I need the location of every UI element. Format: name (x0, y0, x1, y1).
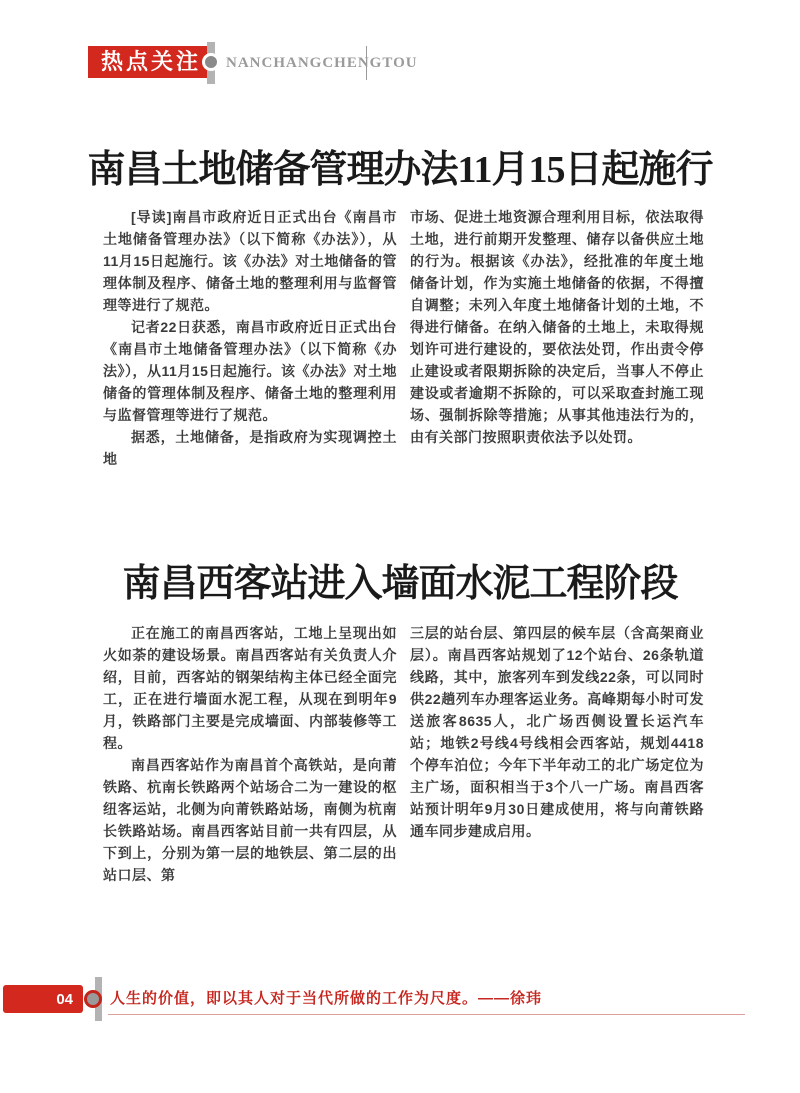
paragraph: 三层的站台层、第四层的候车层（含高架商业层）。南昌西客站规划了12个站台、26条… (410, 622, 704, 842)
paragraph: 市场、促进土地资源合理利用目标，依法取得土地，进行前期开发整理、储存以备供应土地… (410, 206, 704, 448)
paragraph: 据悉，土地储备，是指政府为实现调控土地 (103, 426, 397, 470)
paragraph: 记者22日获悉，南昌市政府近日正式出台《南昌市土地储备管理办法》（以下简称《办法… (103, 316, 397, 426)
magazine-page: 热点关注 NANCHANGCHENGTOU 南昌土地储备管理办法11月15日起施… (0, 0, 800, 1093)
footer-quote: 人生的价值，即以其人对于当代所做的工作为尺度。——徐玮 (110, 985, 542, 1013)
paragraph: 南昌西客站作为南昌首个高铁站，是向莆铁路、杭南长铁路两个站场合二为一建设的枢纽客… (103, 754, 397, 886)
page-number-badge: 04 (3, 985, 83, 1013)
masthead-text: NANCHANGCHENGTOU (226, 55, 418, 72)
paragraph: 正在施工的南昌西客站，工地上呈现出如火如荼的建设场景。南昌西客站有关负责人介绍，… (103, 622, 397, 754)
article2-left-column: 正在施工的南昌西客站，工地上呈现出如火如荼的建设场景。南昌西客站有关负责人介绍，… (103, 622, 397, 886)
paragraph: [导读]南昌市政府近日正式出台《南昌市土地储备管理办法》（以下简称《办法》），从… (103, 206, 397, 316)
bullet-circle-icon (202, 53, 220, 71)
article1-title: 南昌土地储备管理办法11月15日起施行 (0, 138, 800, 193)
article2-title: 南昌西客站进入墙面水泥工程阶段 (0, 552, 800, 607)
article1-left-column: [导读]南昌市政府近日正式出台《南昌市土地储备管理办法》（以下简称《办法》），从… (103, 206, 397, 470)
header-vertical-rule (366, 46, 367, 80)
bullet-circle-icon (84, 990, 102, 1008)
article2-right-column: 三层的站台层、第四层的候车层（含高架商业层）。南昌西客站规划了12个站台、26条… (410, 622, 704, 842)
article1-right-column: 市场、促进土地资源合理利用目标，依法取得土地，进行前期开发整理、储存以备供应土地… (410, 206, 704, 448)
section-tag: 热点关注 (88, 46, 214, 78)
footer-rule (108, 1014, 745, 1015)
page-number: 04 (56, 991, 73, 1008)
